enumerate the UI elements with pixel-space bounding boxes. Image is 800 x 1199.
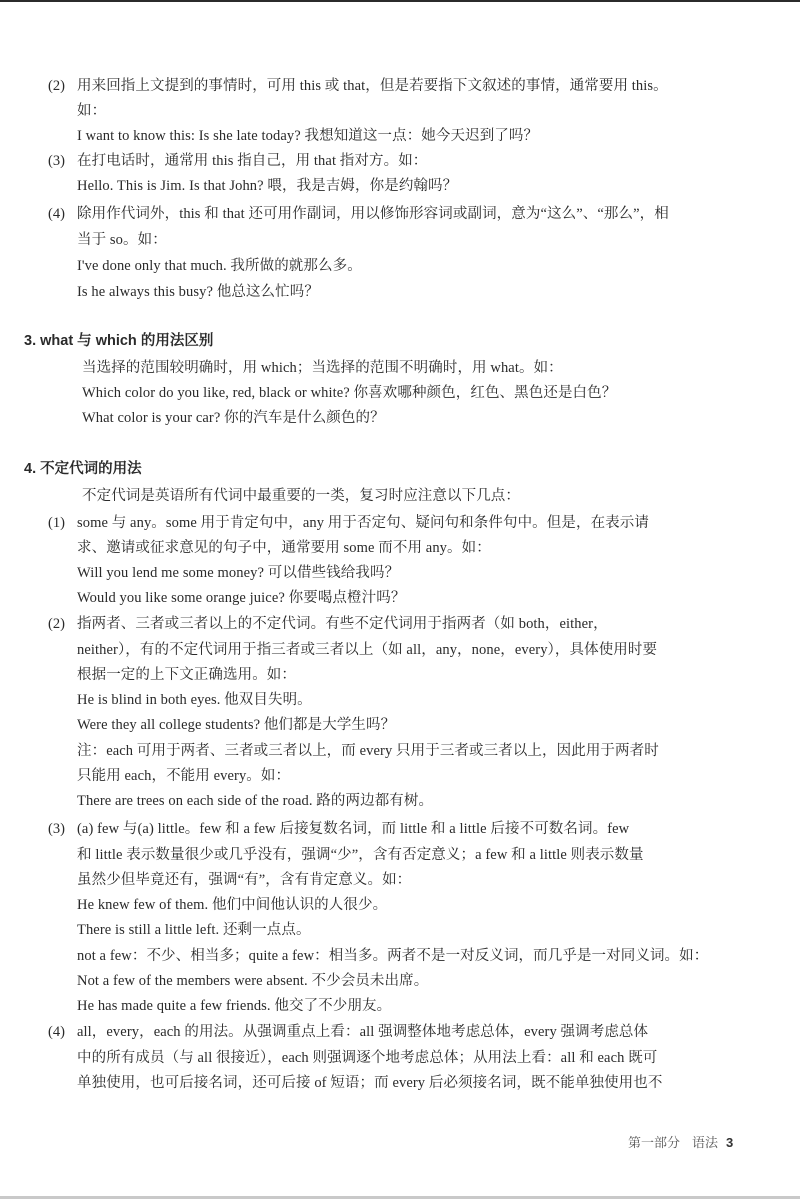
section-intro: 不定代词是英语所有代词中最重要的一类，复习时应注意以下几点： <box>82 486 520 506</box>
section-heading: 4. 不定代词的用法 <box>24 459 142 479</box>
item-number: (3) <box>48 819 65 839</box>
paragraph-line: 用来回指上文提到的事情时，可用 this 或 that，但是若要指下文叙述的事情… <box>77 76 668 96</box>
example-sentence: Were they all college students? 他们都是大学生吗… <box>77 715 395 735</box>
paragraph-line: 指两者、三者或三者以上的不定代词。有些不定代词用于指两者（如 both，eith… <box>77 614 608 634</box>
example-sentence: Not a few of the members were absent. 不少… <box>77 971 428 991</box>
paragraph-line: 如： <box>77 101 106 121</box>
example-sentence: I want to know this: Is she late today? … <box>77 126 538 146</box>
paragraph-line: not a few：不少、相当多；quite a few：相当多。两者不是一对反… <box>77 946 708 966</box>
section-heading: 3. what 与 which 的用法区别 <box>24 331 213 351</box>
example-sentence: He has made quite a few friends. 他交了不少朋友… <box>77 996 391 1016</box>
item-number: (2) <box>48 614 65 634</box>
example-sentence: What color is your car? 你的汽车是什么颜色的？ <box>82 408 385 428</box>
example-sentence: There is still a little left. 还剩一点点。 <box>77 920 311 940</box>
example-sentence: There are trees on each side of the road… <box>77 791 433 811</box>
example-sentence: Hello. This is Jim. Is that John? 喂，我是吉姆… <box>77 176 457 196</box>
item-number: (1) <box>48 513 65 533</box>
item-number: (4) <box>48 1022 65 1042</box>
page-footer: 第一部分语法3 <box>628 1132 733 1151</box>
footer-part-label: 第一部分 <box>628 1135 680 1150</box>
paragraph-line: 中的所有成员（与 all 很接近），each 则强调逐个地考虑总体；从用法上看：… <box>77 1048 657 1068</box>
paragraph-line: 当选择的范围较明确时，用 which；当选择的范围不明确时，用 what。如： <box>82 358 563 378</box>
note-line: 只能用 each，不能用 every。如： <box>77 766 290 786</box>
paragraph-line: 除用作代词外，this 和 that 还可用作副词，用以修饰形容词或副词，意为“… <box>77 204 669 224</box>
footer-chapter-label: 语法 <box>692 1135 718 1150</box>
paragraph-line: 和 little 表示数量很少或几乎没有，强调“少”，含有否定意义；a few … <box>77 845 644 865</box>
page-number: 3 <box>726 1135 733 1150</box>
item-number: (4) <box>48 204 65 224</box>
paragraph-line: 虽然少但毕竟还有，强调“有”，含有肯定意义。如： <box>77 870 411 890</box>
example-sentence: Is he always this busy? 他总这么忙吗？ <box>77 282 319 302</box>
example-sentence: Will you lend me some money? 可以借些钱给我吗？ <box>77 563 399 583</box>
paragraph-line: 求、邀请或征求意见的句子中，通常要用 some 而不用 any。如： <box>77 538 491 558</box>
paragraph-line: 单独使用，也可后接名词，还可后接 of 短语；而 every 后必须接名词，既不… <box>77 1073 662 1093</box>
paragraph-line: all，every，each 的用法。从强调重点上看：all 强调整体地考虑总体… <box>77 1022 648 1042</box>
example-sentence: He is blind in both eyes. 他双目失明。 <box>77 690 312 710</box>
paragraph-line: (a) few 与(a) little。few 和 a few 后接复数名词，而… <box>77 819 629 839</box>
example-sentence: I've done only that much. 我所做的就那么多。 <box>77 256 362 276</box>
item-number: (3) <box>48 151 65 171</box>
paragraph-line: 根据一定的上下文正确选用。如： <box>77 665 296 685</box>
note-line: 注：each 可用于两者、三者或三者以上，而 every 只用于三者或三者以上，… <box>77 741 659 761</box>
example-sentence: Which color do you like, red, black or w… <box>82 383 616 403</box>
paragraph-line: 在打电话时，通常用 this 指自己，用 that 指对方。如： <box>77 151 427 171</box>
example-sentence: Would you like some orange juice? 你要喝点橙汁… <box>77 588 405 608</box>
paragraph-line: 当于 so。如： <box>77 230 167 250</box>
top-border <box>0 0 800 2</box>
paragraph-line: neither），有的不定代词用于指三者或三者以上（如 all，any，none… <box>77 640 657 660</box>
paragraph-line: some 与 any。some 用于肯定句中，any 用于否定句、疑问句和条件句… <box>77 513 649 533</box>
example-sentence: He knew few of them. 他们中间他认识的人很少。 <box>77 895 387 915</box>
item-number: (2) <box>48 76 65 96</box>
